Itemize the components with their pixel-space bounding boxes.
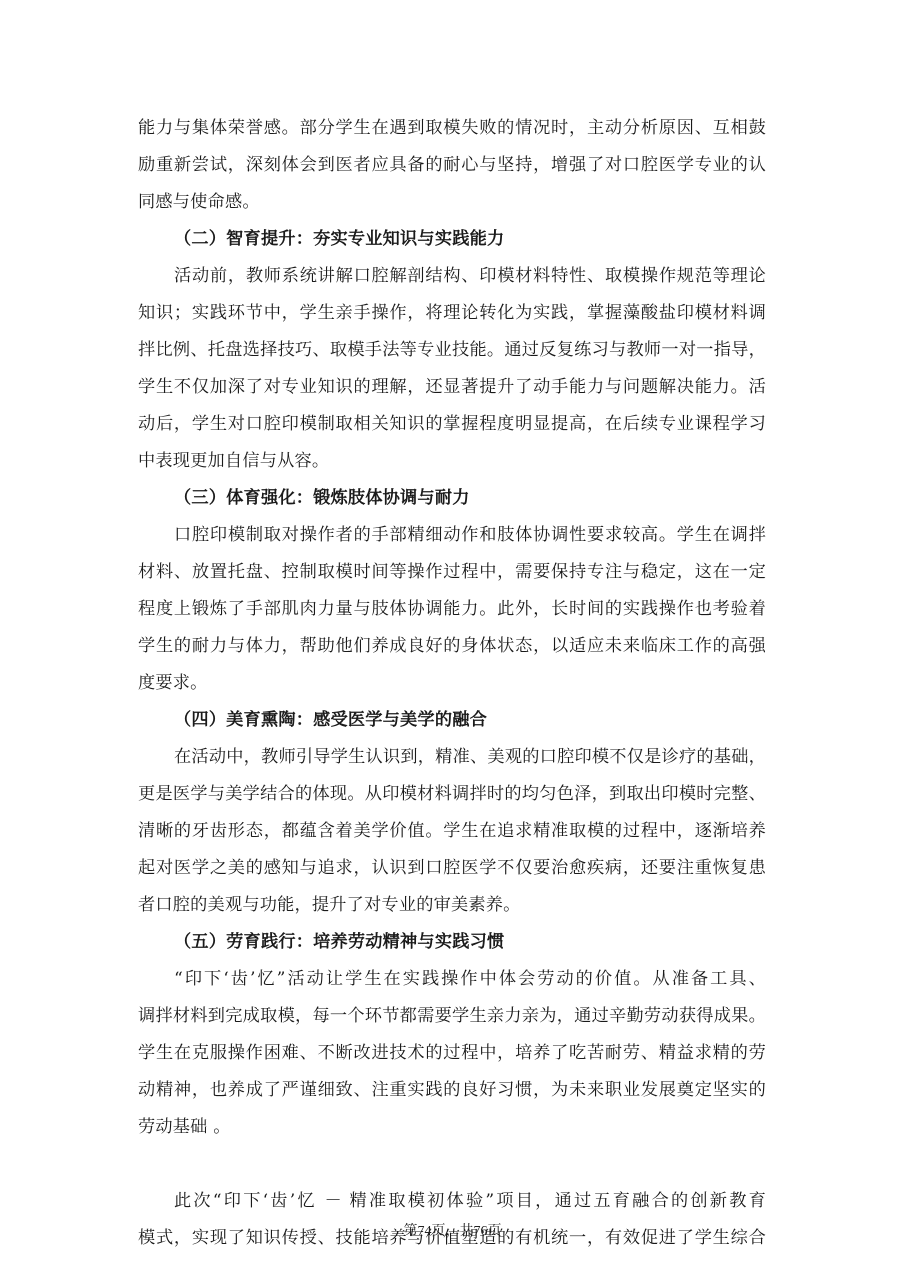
section-heading: （五）劳育践行：培养劳动精神与实践习惯 [138, 924, 766, 961]
paragraph-first-line: 此次“印下‘齿’忆 － 精准取模初体验”项目，通过五育融合的创新教育 [138, 1183, 766, 1220]
section-heading: （三）体育强化：锻炼肢体协调与耐力 [138, 480, 766, 517]
paragraph-first-line: 活动前，教师系统讲解口腔解剖结构、印模材料特性、取模操作规范等理论 [138, 258, 766, 295]
paragraph-line: 清晰的牙齿形态，都蕴含着美学价值。学生在追求精准取模的过程中，逐渐培养 [138, 813, 766, 850]
paragraph-line: 材料、放置托盘、控制取模时间等操作过程中，需要保持专注与稳定，这在一定 [138, 554, 766, 591]
paragraph-line: 学生的耐力与体力，帮助他们养成良好的身体状态，以适应未来临床工作的高强 [138, 628, 766, 665]
paragraph-line: 学生不仅加深了对专业知识的理解，还显著提升了动手能力与问题解决能力。活 [138, 369, 766, 406]
paragraph-line: 动后，学生对口腔印模制取相关知识的掌握程度明显提高，在后续专业课程学习 [138, 406, 766, 443]
paragraph-line: 调拌材料到完成取模，每一个环节都需要学生亲力亲为，通过辛勤劳动获得成果。 [138, 998, 766, 1035]
paragraph-first-line: 口腔印模制取对操作者的手部精细动作和肢体协调性要求较高。学生在调拌 [138, 517, 766, 554]
paragraph-line: 拌比例、托盘选择技巧、取模手法等专业技能。通过反复练习与教师一对一指导， [138, 332, 766, 369]
paragraph-first-line: 在活动中，教师引导学生认识到，精准、美观的口腔印模不仅是诊疗的基础， [138, 739, 766, 776]
blank-line [138, 1146, 766, 1183]
paragraph-last-line: 同感与使命感。 [138, 184, 766, 221]
paragraph-last-line: 度要求。 [138, 665, 766, 702]
paragraph-line: 动精神，也养成了严谨细致、注重实践的良好习惯，为未来职业发展奠定坚实的 [138, 1072, 766, 1109]
paragraph-line: 能力与集体荣誉感。部分学生在遇到取模失败的情况时，主动分析原因、互相鼓 [138, 110, 766, 147]
paragraph-line: 知识；实践环节中，学生亲手操作，将理论转化为实践，掌握藻酸盐印模材料调 [138, 295, 766, 332]
paragraph-last-line: 者口腔的美观与功能，提升了对专业的审美素养。 [138, 887, 766, 924]
paragraph-last-line: 中表现更加自信与从容。 [138, 443, 766, 480]
paragraph-line: 更是医学与美学结合的体现。从印模材料调拌时的均匀色泽，到取出印模时完整、 [138, 776, 766, 813]
paragraph-line: 起对医学之美的感知与追求，认识到口腔医学不仅要治愈疾病，还要注重恢复患 [138, 850, 766, 887]
paragraph-line: 程度上锻炼了手部肌肉力量与肢体协调能力。此外，长时间的实践操作也考验着 [138, 591, 766, 628]
paragraph-line: 学生在克服操作困难、不断改进技术的过程中，培养了吃苦耐劳、精益求精的劳 [138, 1035, 766, 1072]
paragraph-last-line: 劳动基础 。 [138, 1109, 766, 1146]
page-number-footer: 第74页，共76页 [0, 1220, 905, 1240]
section-heading: （四）美育熏陶：感受医学与美学的融合 [138, 702, 766, 739]
paragraph-line: 励重新尝试，深刻体会到医者应具备的耐心与坚持，增强了对口腔医学专业的认 [138, 147, 766, 184]
document-body: 能力与集体荣誉感。部分学生在遇到取模失败的情况时，主动分析原因、互相鼓励重新尝试… [138, 110, 766, 1257]
section-heading: （二）智育提升：夯实专业知识与实践能力 [138, 221, 766, 258]
document-page: 能力与集体荣誉感。部分学生在遇到取模失败的情况时，主动分析原因、互相鼓励重新尝试… [0, 0, 905, 1280]
paragraph-first-line: “印下‘齿’忆”活动让学生在实践操作中体会劳动的价值。从准备工具、 [138, 961, 766, 998]
